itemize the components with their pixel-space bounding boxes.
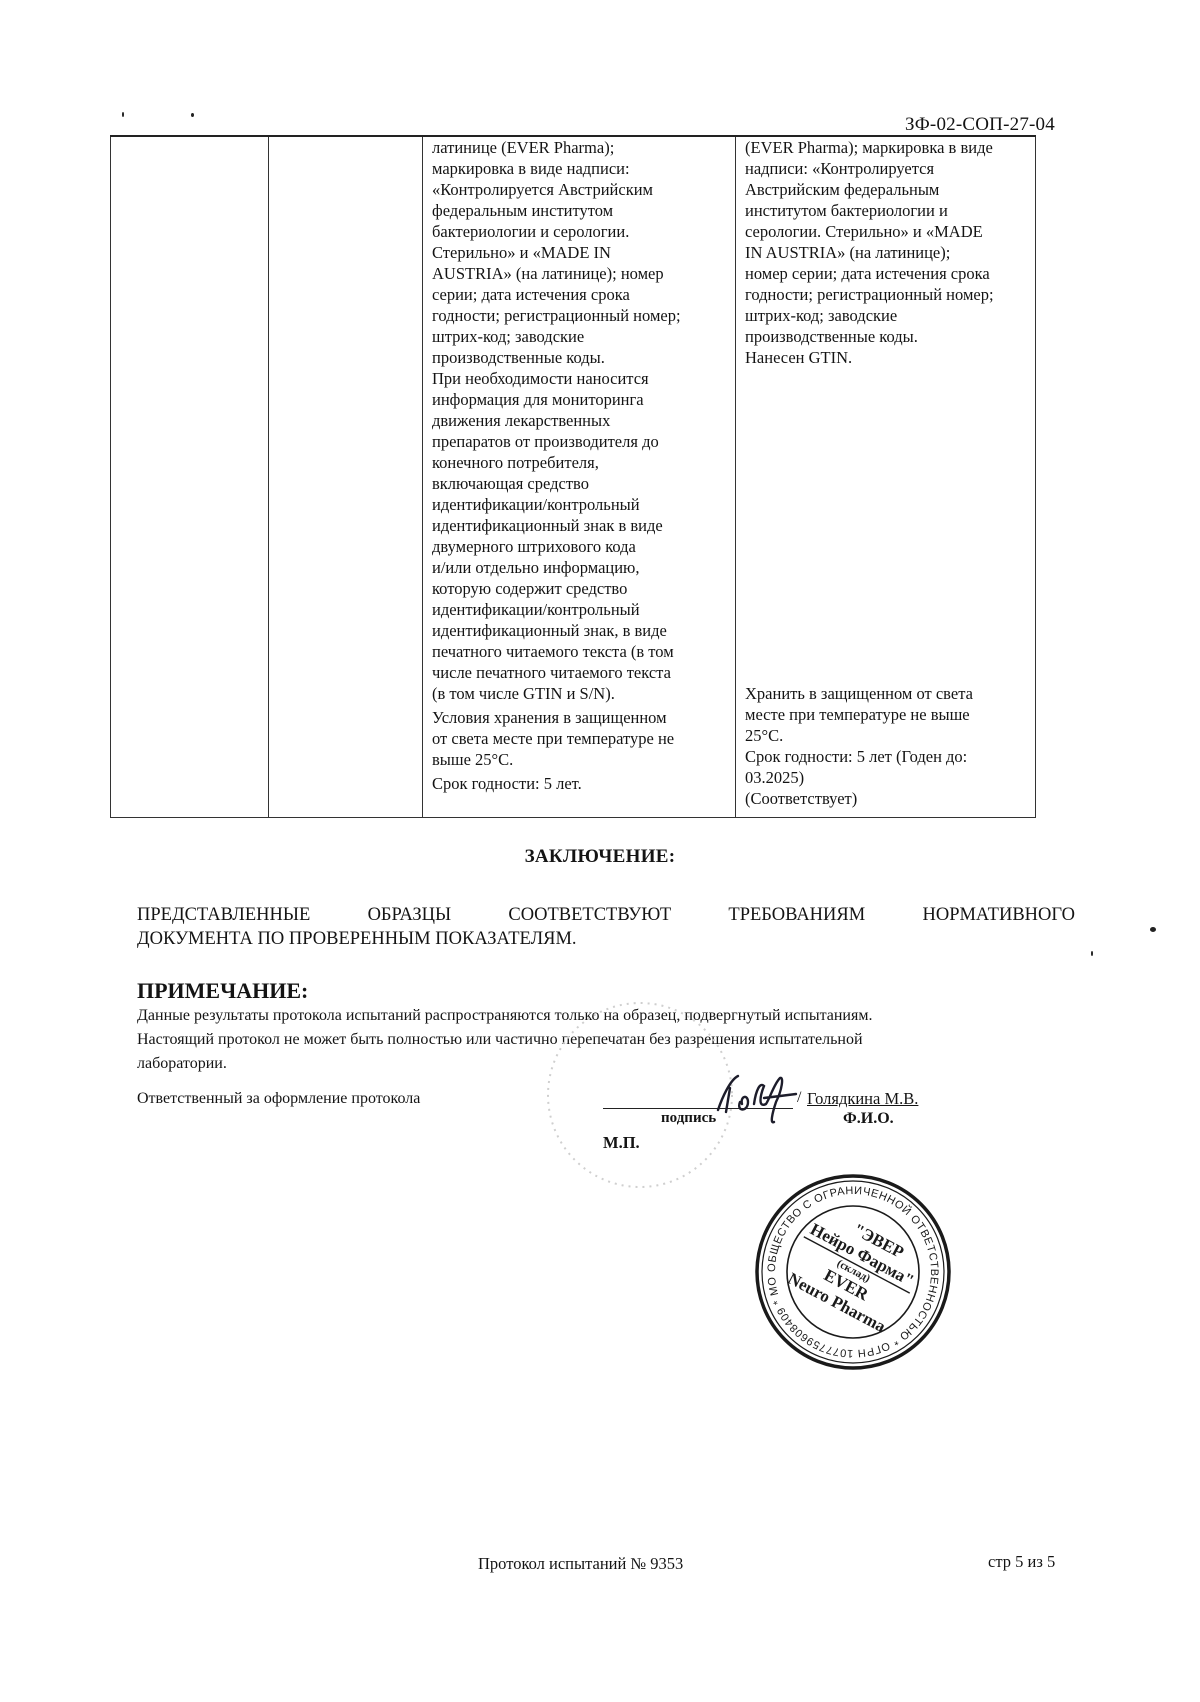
requirement-line: «Контролируется Австрийским (432, 179, 729, 200)
result-line: годности; регистрационный номер; (745, 284, 1029, 305)
storage-result-line: Хранить в защищенном от света (745, 683, 973, 704)
requirement-line: которую содержит средство (432, 578, 729, 599)
table-cell-empty (269, 136, 423, 818)
responsible-name: Голядкина М.В. (807, 1089, 918, 1109)
protocol-number: Протокол испытаний № 9353 (478, 1554, 683, 1574)
specification-table: латинице (EVER Pharma);маркировка в виде… (110, 135, 1036, 818)
storage-result-block: Хранить в защищенном от светаместе при т… (745, 683, 973, 809)
conclusion-word: СООТВЕТСТВУЮТ (508, 903, 671, 927)
requirement-line: федеральным институтом (432, 200, 729, 221)
requirement-line: штрих-код; заводские (432, 326, 729, 347)
requirement-line: латинице (EVER Pharma); (432, 137, 729, 158)
requirement-line: AUSTRIA» (на латинице); номер (432, 263, 729, 284)
shelf-life-requirement: Срок годности: 5 лет. (432, 773, 729, 794)
conclusion-word: ТРЕБОВАНИЯМ (728, 903, 865, 927)
result-line: институтом бактериологии и (745, 200, 1029, 221)
signature-caption: подпись (661, 1110, 716, 1127)
note-line: Данные результаты протокола испытаний ра… (137, 1004, 872, 1028)
requirement-line: производственные коды. (432, 347, 729, 368)
requirement-line: и/или отдельно информацию, (432, 557, 729, 578)
name-caption: Ф.И.О. (843, 1110, 894, 1128)
conclusion-word: ПРЕДСТАВЛЕННЫЕ (137, 903, 310, 927)
table-cell-empty (111, 136, 269, 818)
note-line: Настоящий протокол не может быть полност… (137, 1028, 872, 1052)
requirement-line: печатного читаемого текста (в том (432, 641, 729, 662)
conclusion-line-2: ДОКУМЕНТА ПО ПРОВЕРЕННЫМ ПОКАЗАТЕЛЯМ. (137, 927, 1075, 951)
storage-result-line: Срок годности: 5 лет (Годен до: (745, 746, 973, 767)
signature-slash: / (797, 1089, 801, 1107)
storage-result-line: месте при температуре не выше (745, 704, 973, 725)
requirement-line: идентификационный знак в виде (432, 515, 729, 536)
result-line: Нанесен GTIN. (745, 347, 1029, 368)
storage-result-line: (Соответствует) (745, 788, 973, 809)
note-title: ПРИМЕЧАНИЕ: (137, 978, 308, 1004)
requirement-line: двумерного штрихового кода (432, 536, 729, 557)
conclusion-word: ОБРАЗЦЫ (368, 903, 452, 927)
result-line: надписи: «Контролируется (745, 158, 1029, 179)
note-text: Данные результаты протокола испытаний ра… (137, 1004, 872, 1076)
requirement-line: идентификации/контрольный (432, 494, 729, 515)
requirement-line: маркировка в виде надписи: (432, 158, 729, 179)
table-cell-requirement: латинице (EVER Pharma);маркировка в виде… (423, 136, 736, 818)
table-row: латинице (EVER Pharma);маркировка в виде… (111, 136, 1036, 818)
requirement-line: конечного потребителя, (432, 452, 729, 473)
storage-requirement-line: от света месте при температуре не (432, 728, 729, 749)
requirement-line: препаратов от производителя до (432, 431, 729, 452)
requirement-line: идентификации/контрольный (432, 599, 729, 620)
document-code: ЗФ-02-СОП-27-04 (905, 114, 1055, 136)
requirement-line: бактериологии и серологии. (432, 221, 729, 242)
result-line: производственные коды. (745, 326, 1029, 347)
storage-result-line: 03.2025) (745, 767, 973, 788)
result-line: Австрийским федеральным (745, 179, 1029, 200)
conclusion-text: ПРЕДСТАВЛЕННЫЕОБРАЗЦЫСООТВЕТСТВУЮТТРЕБОВ… (137, 903, 1075, 951)
scan-speck (1150, 927, 1156, 932)
requirement-line: идентификационный знак, в виде (432, 620, 729, 641)
requirement-line: (в том числе GTIN и S/N). (432, 683, 729, 704)
requirement-line: При необходимости наносится (432, 368, 729, 389)
conclusion-word: НОРМАТИВНОГО (922, 903, 1075, 927)
responsible-label: Ответственный за оформление протокола (137, 1090, 420, 1108)
scan-speck (122, 112, 124, 117)
requirement-line: годности; регистрационный номер; (432, 305, 729, 326)
result-line: серологии. Стерильно» и «MADE (745, 221, 1029, 242)
scan-speck (191, 113, 194, 117)
storage-result-line: 25°C. (745, 725, 973, 746)
result-line: штрих-код; заводские (745, 305, 1029, 326)
conclusion-title: ЗАКЛЮЧЕНИЕ: (0, 846, 1200, 868)
result-line: IN AUSTRIA» (на латинице); (745, 242, 1029, 263)
scan-speck (1091, 951, 1093, 956)
requirement-line: серии; дата истечения срока (432, 284, 729, 305)
conclusion-line-1: ПРЕДСТАВЛЕННЫЕОБРАЗЦЫСООТВЕТСТВУЮТТРЕБОВ… (137, 903, 1075, 927)
result-line: (EVER Pharma); маркировка в виде (745, 137, 1029, 158)
requirement-line: Стерильно» и «MADE IN (432, 242, 729, 263)
table-cell-result: (EVER Pharma); маркировка в виденадписи:… (736, 136, 1036, 818)
result-line: номер серии; дата истечения срока (745, 263, 1029, 284)
seal-label: М.П. (603, 1133, 640, 1153)
requirement-line: включающая средство (432, 473, 729, 494)
requirement-line: движения лекарственных (432, 410, 729, 431)
company-stamp: ОБЩЕСТВО С ОГРАНИЧЕННОЙ ОТВЕТСТВЕННОСТЬЮ… (753, 1172, 953, 1372)
requirement-line: числе печатного читаемого текста (432, 662, 729, 683)
page-number: стр 5 из 5 (988, 1552, 1055, 1572)
requirement-line: информация для мониторинга (432, 389, 729, 410)
storage-requirement-line: выше 25°C. (432, 749, 729, 770)
storage-requirement-line: Условия хранения в защищенном (432, 707, 729, 728)
